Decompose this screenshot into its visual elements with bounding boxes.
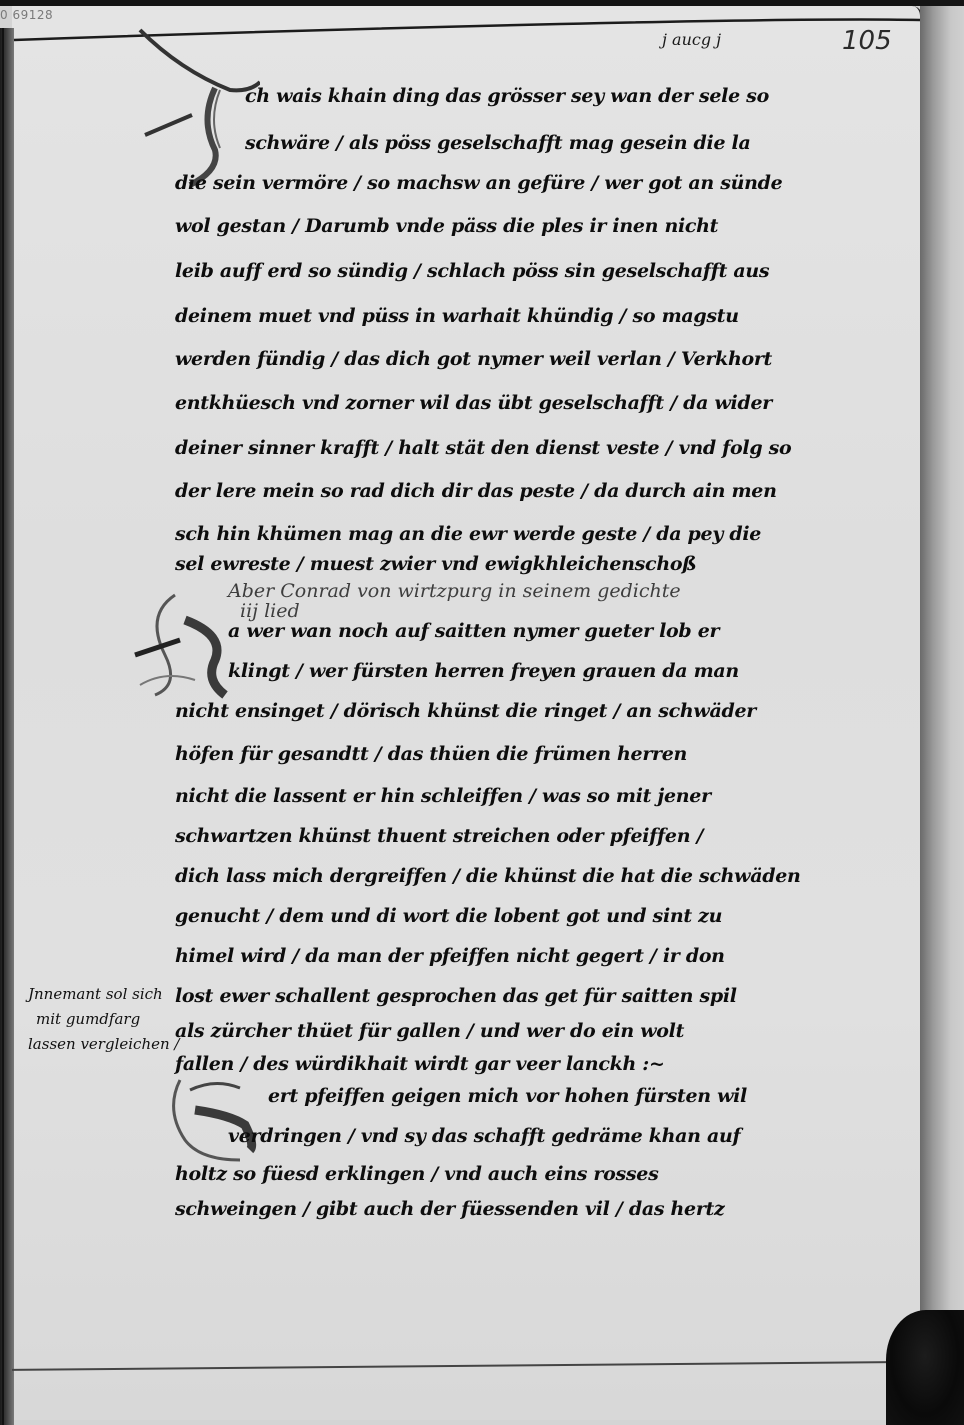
text-line: himel wird / da man der pfeiffen nicht g… xyxy=(175,945,725,967)
text-line: holtz so füesd erklingen / vnd auch eins… xyxy=(175,1163,658,1185)
text-line: schwartzen khünst thuent streichen oder … xyxy=(175,825,703,847)
text-line: werden fündig / das dich got nymer weil … xyxy=(175,348,772,370)
left-page-edge xyxy=(2,28,4,1425)
text-line: höfen für gesandtt / das thüen die früme… xyxy=(175,743,687,765)
decorated-initial-s-icon xyxy=(125,585,235,705)
rubric-subheading: iij lied xyxy=(240,600,300,622)
text-line: genucht / dem und di wort die lobent got… xyxy=(175,905,722,927)
page-gutter-shadow xyxy=(920,6,964,1425)
text-line: schweingen / gibt auch der füessenden vi… xyxy=(175,1198,725,1220)
text-line: a wer wan noch auf saitten nymer gueter … xyxy=(228,620,719,642)
text-line: der lere mein so rad dich dir das peste … xyxy=(175,480,777,502)
text-line: deiner sinner krafft / halt stät den die… xyxy=(175,437,791,459)
decorated-initial-s-icon xyxy=(160,1070,270,1170)
text-line: verdringen / vnd sy das schafft gedräme … xyxy=(228,1125,740,1147)
folio-note: j aucg j xyxy=(662,30,721,49)
folio-number: 105 xyxy=(842,26,892,56)
text-line: deinem muet vnd püss in warhait khündig … xyxy=(175,305,739,327)
text-line: entkhüesch vnd zorner wil das übt gesels… xyxy=(175,392,772,414)
text-line: nicht die lassent er hin schleiffen / wa… xyxy=(175,785,711,807)
margin-note-line: mit gumdfarg xyxy=(36,1010,140,1028)
text-line: wol gestan / Darumb vnde päss die ples i… xyxy=(175,215,718,237)
text-line: als zürcher thüet für gallen / und wer d… xyxy=(175,1020,684,1042)
text-line: sch hin khümen mag an die ewr werde gest… xyxy=(175,523,761,545)
margin-note-line: Jnnemant sol sich xyxy=(28,985,163,1003)
rubric-heading: Aber Conrad von wirtzpurg in seinem gedi… xyxy=(228,580,681,602)
text-line: ert pfeiffen geigen mich vor hohen fürst… xyxy=(268,1085,747,1107)
text-line: klingt / wer fürsten herren freyen graue… xyxy=(228,660,739,682)
text-line: leib auff erd so sündig / schlach pöss s… xyxy=(175,260,769,282)
thumb-holding-page xyxy=(886,1310,964,1425)
text-line: lost ewer schallent gesprochen das get f… xyxy=(175,985,737,1007)
decorated-initial-i-icon xyxy=(120,20,260,190)
text-line: nicht ensinget / dörisch khünst die ring… xyxy=(175,700,756,722)
text-line: dich lass mich dergreiffen / die khünst … xyxy=(175,865,801,887)
text-line: ch wais khain ding das grösser sey wan d… xyxy=(245,85,769,107)
margin-note-line: lassen vergleichen / xyxy=(28,1035,179,1053)
text-line: die sein vermöre / so machsw an gefüre /… xyxy=(175,172,782,194)
text-line: schwäre / als pöss geselschafft mag gese… xyxy=(245,132,750,154)
text-line: sel ewreste / muest zwier vnd ewigkhleic… xyxy=(175,553,696,575)
